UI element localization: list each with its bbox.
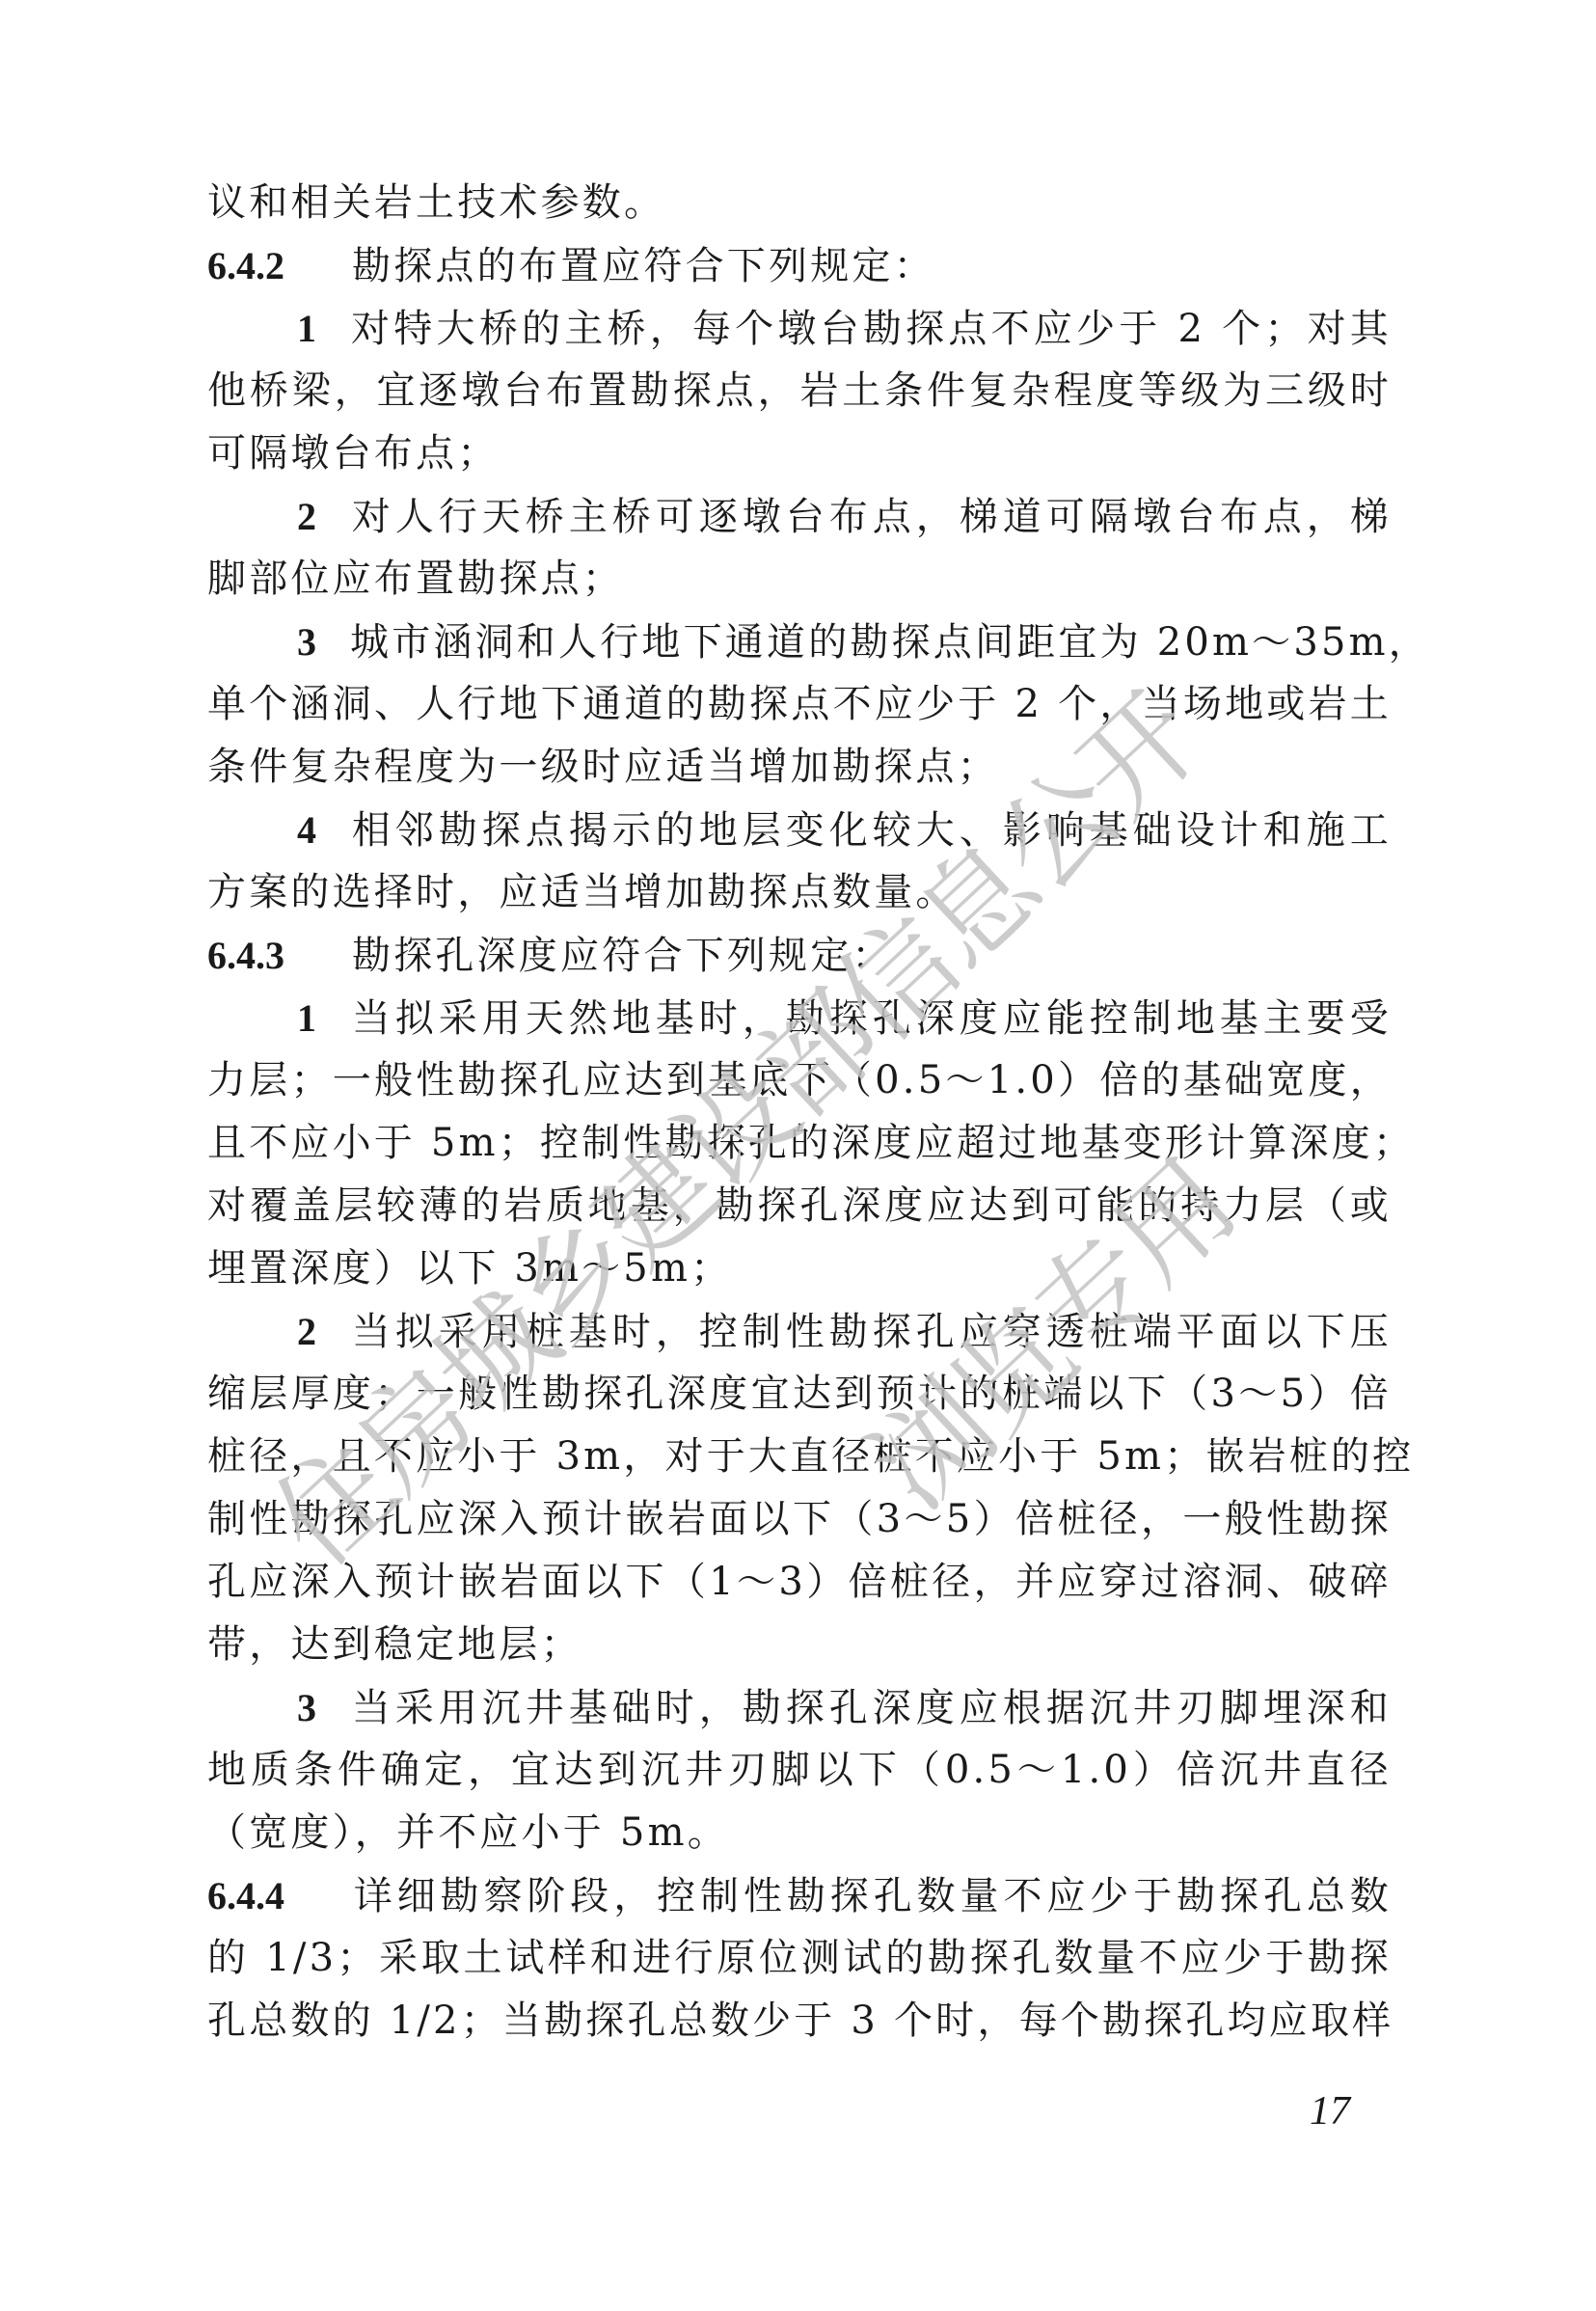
line-text: 地质条件确定，宜达到沉井刃脚以下（0.5～1.0）倍沉井直径 (207, 1748, 1392, 1792)
line-text: 带，达到稳定地层； (207, 1622, 582, 1667)
item-number: 4 (297, 799, 350, 861)
paragraph-line: 对覆盖层较薄的岩质地基，勘探孔深度应达到可能的持力层（或 (207, 1175, 1392, 1237)
item-number: 1 (297, 297, 350, 360)
paragraph-line: 埋置深度）以下 3m～5m； (207, 1237, 1392, 1300)
paragraph-line: 力层；一般性勘探孔应达到基底下（0.5～1.0）倍的基础宽度， (207, 1049, 1392, 1112)
body-text: 议和相关岩土技术参数。6.4.2勘探点的布置应符合下列规定：1对特大桥的主桥，每… (207, 172, 1392, 2053)
paragraph-line: 单个涵洞、人行地下通道的勘探点不应少于 2 个，当场地或岩土 (207, 673, 1392, 736)
line-text: 勘探孔深度应符合下列规定： (352, 934, 894, 978)
line-text: 方案的选择时，应适当增加勘探点数量。 (207, 870, 958, 914)
line-text: 相邻勘探点揭示的地层变化较大、影响基础设计和施工 (350, 808, 1392, 853)
page-number: 17 (1310, 2088, 1350, 2134)
paragraph-line: （宽度），并不应小于 5m。 (207, 1802, 1392, 1864)
line-text: 孔总数的 1/2；当勘探孔总数少于 3 个时，每个勘探孔均应取样 (207, 1998, 1393, 2043)
paragraph-line: 他桥梁，宜逐墩台布置勘探点，岩土条件复杂程度等级为三级时 (207, 360, 1392, 422)
section-number: 6.4.2 (207, 234, 352, 297)
section-heading-line: 6.4.2勘探点的布置应符合下列规定： (207, 234, 1392, 297)
paragraph-line: 地质条件确定，宜达到沉井刃脚以下（0.5～1.0）倍沉井直径 (207, 1739, 1392, 1802)
list-item-line: 3当采用沉井基础时，勘探孔深度应根据沉井刃脚埋深和 (207, 1676, 1392, 1739)
line-text: 单个涵洞、人行地下通道的勘探点不应少于 2 个，当场地或岩土 (207, 682, 1392, 726)
paragraph-line: 的 1/3；采取土试样和进行原位测试的勘探孔数量不应少于勘探 (207, 1927, 1392, 1990)
paragraph-line: 制性勘探孔应深入预计嵌岩面以下（3～5）倍桩径，一般性勘探 (207, 1488, 1392, 1551)
item-number: 2 (297, 485, 350, 548)
section-number: 6.4.4 (207, 1864, 352, 1927)
line-text: 脚部位应布置勘探点； (207, 557, 624, 601)
line-text: 可隔墩台布点； (207, 431, 499, 476)
paragraph-line: 带，达到稳定地层； (207, 1614, 1392, 1676)
line-text: 孔应深入预计嵌岩面以下（1～3）倍桩径，并应穿过溶洞、破碎 (207, 1560, 1392, 1604)
paragraph-line: 脚部位应布置勘探点； (207, 548, 1392, 611)
line-text: 当拟采用桩基时，控制性勘探孔应穿透桩端平面以下压 (350, 1310, 1392, 1354)
line-text: 桩径，且不应小于 3m，对于大直径桩不应小于 5m；嵌岩桩的控 (207, 1434, 1414, 1479)
item-number: 3 (297, 611, 350, 673)
section-heading-line: 6.4.3勘探孔深度应符合下列规定： (207, 924, 1392, 987)
list-item-line: 1当拟采用天然地基时，勘探孔深度应能控制地基主要受 (207, 987, 1392, 1049)
line-text: 力层；一般性勘探孔应达到基底下（0.5～1.0）倍的基础宽度， (207, 1058, 1392, 1102)
section-number: 6.4.3 (207, 924, 352, 987)
line-text: 城市涵洞和人行地下通道的勘探点间距宜为 20m～35m， (350, 620, 1430, 665)
paragraph-line: 孔总数的 1/2；当勘探孔总数少于 3 个时，每个勘探孔均应取样 (207, 1990, 1392, 2053)
line-text: 当采用沉井基础时，勘探孔深度应根据沉井刃脚埋深和 (350, 1686, 1392, 1730)
document-page: 议和相关岩土技术参数。6.4.2勘探点的布置应符合下列规定：1对特大桥的主桥，每… (0, 0, 1596, 2311)
paragraph-line: 桩径，且不应小于 3m，对于大直径桩不应小于 5m；嵌岩桩的控 (207, 1426, 1392, 1488)
item-number: 1 (297, 987, 350, 1049)
paragraph-line: 议和相关岩土技术参数。 (207, 172, 1392, 234)
line-text: 他桥梁，宜逐墩台布置勘探点，岩土条件复杂程度等级为三级时 (207, 368, 1392, 413)
line-text: 详细勘察阶段，控制性勘探孔数量不应少于勘探孔总数 (352, 1874, 1392, 1918)
line-text: 的 1/3；采取土试样和进行原位测试的勘探孔数量不应少于勘探 (207, 1936, 1392, 1980)
list-item-line: 4相邻勘探点揭示的地层变化较大、影响基础设计和施工 (207, 799, 1392, 861)
paragraph-line: 孔应深入预计嵌岩面以下（1～3）倍桩径，并应穿过溶洞、破碎 (207, 1551, 1392, 1614)
paragraph-line: 可隔墩台布点； (207, 422, 1392, 485)
paragraph-line: 且不应小于 5m；控制性勘探孔的深度应超过地基变形计算深度； (207, 1112, 1392, 1175)
paragraph-line: 缩层厚度；一般性勘探孔深度宜达到预计的桩端以下（3～5）倍 (207, 1363, 1392, 1426)
line-text: 缩层厚度；一般性勘探孔深度宜达到预计的桩端以下（3～5）倍 (207, 1372, 1392, 1416)
list-item-line: 2对人行天桥主桥可逐墩台布点，梯道可隔墩台布点，梯 (207, 485, 1392, 548)
item-number: 2 (297, 1300, 350, 1363)
line-text: 条件复杂程度为一级时应适当增加勘探点； (207, 745, 999, 789)
paragraph-line: 条件复杂程度为一级时应适当增加勘探点； (207, 736, 1392, 799)
list-item-line: 2当拟采用桩基时，控制性勘探孔应穿透桩端平面以下压 (207, 1300, 1392, 1363)
line-text: 对特大桥的主桥，每个墩台勘探点不应少于 2 个；对其 (350, 307, 1392, 351)
line-text: 埋置深度）以下 3m～5m； (207, 1246, 732, 1291)
item-number: 3 (297, 1676, 350, 1739)
list-item-line: 1对特大桥的主桥，每个墩台勘探点不应少于 2 个；对其 (207, 297, 1392, 360)
line-text: 对人行天桥主桥可逐墩台布点，梯道可隔墩台布点，梯 (350, 495, 1392, 539)
paragraph-line: 方案的选择时，应适当增加勘探点数量。 (207, 861, 1392, 924)
line-text: 议和相关岩土技术参数。 (207, 180, 665, 225)
line-text: 制性勘探孔应深入预计嵌岩面以下（3～5）倍桩径，一般性勘探 (207, 1497, 1392, 1541)
line-text: 当拟采用天然地基时，勘探孔深度应能控制地基主要受 (350, 996, 1392, 1041)
line-text: 对覆盖层较薄的岩质地基，勘探孔深度应达到可能的持力层（或 (207, 1183, 1392, 1228)
section-heading-line: 6.4.4详细勘察阶段，控制性勘探孔数量不应少于勘探孔总数 (207, 1864, 1392, 1927)
line-text: （宽度），并不应小于 5m。 (207, 1810, 729, 1855)
list-item-line: 3城市涵洞和人行地下通道的勘探点间距宜为 20m～35m， (207, 611, 1392, 673)
line-text: 勘探点的布置应符合下列规定： (352, 244, 935, 288)
line-text: 且不应小于 5m；控制性勘探孔的深度应超过地基变形计算深度； (207, 1121, 1415, 1165)
